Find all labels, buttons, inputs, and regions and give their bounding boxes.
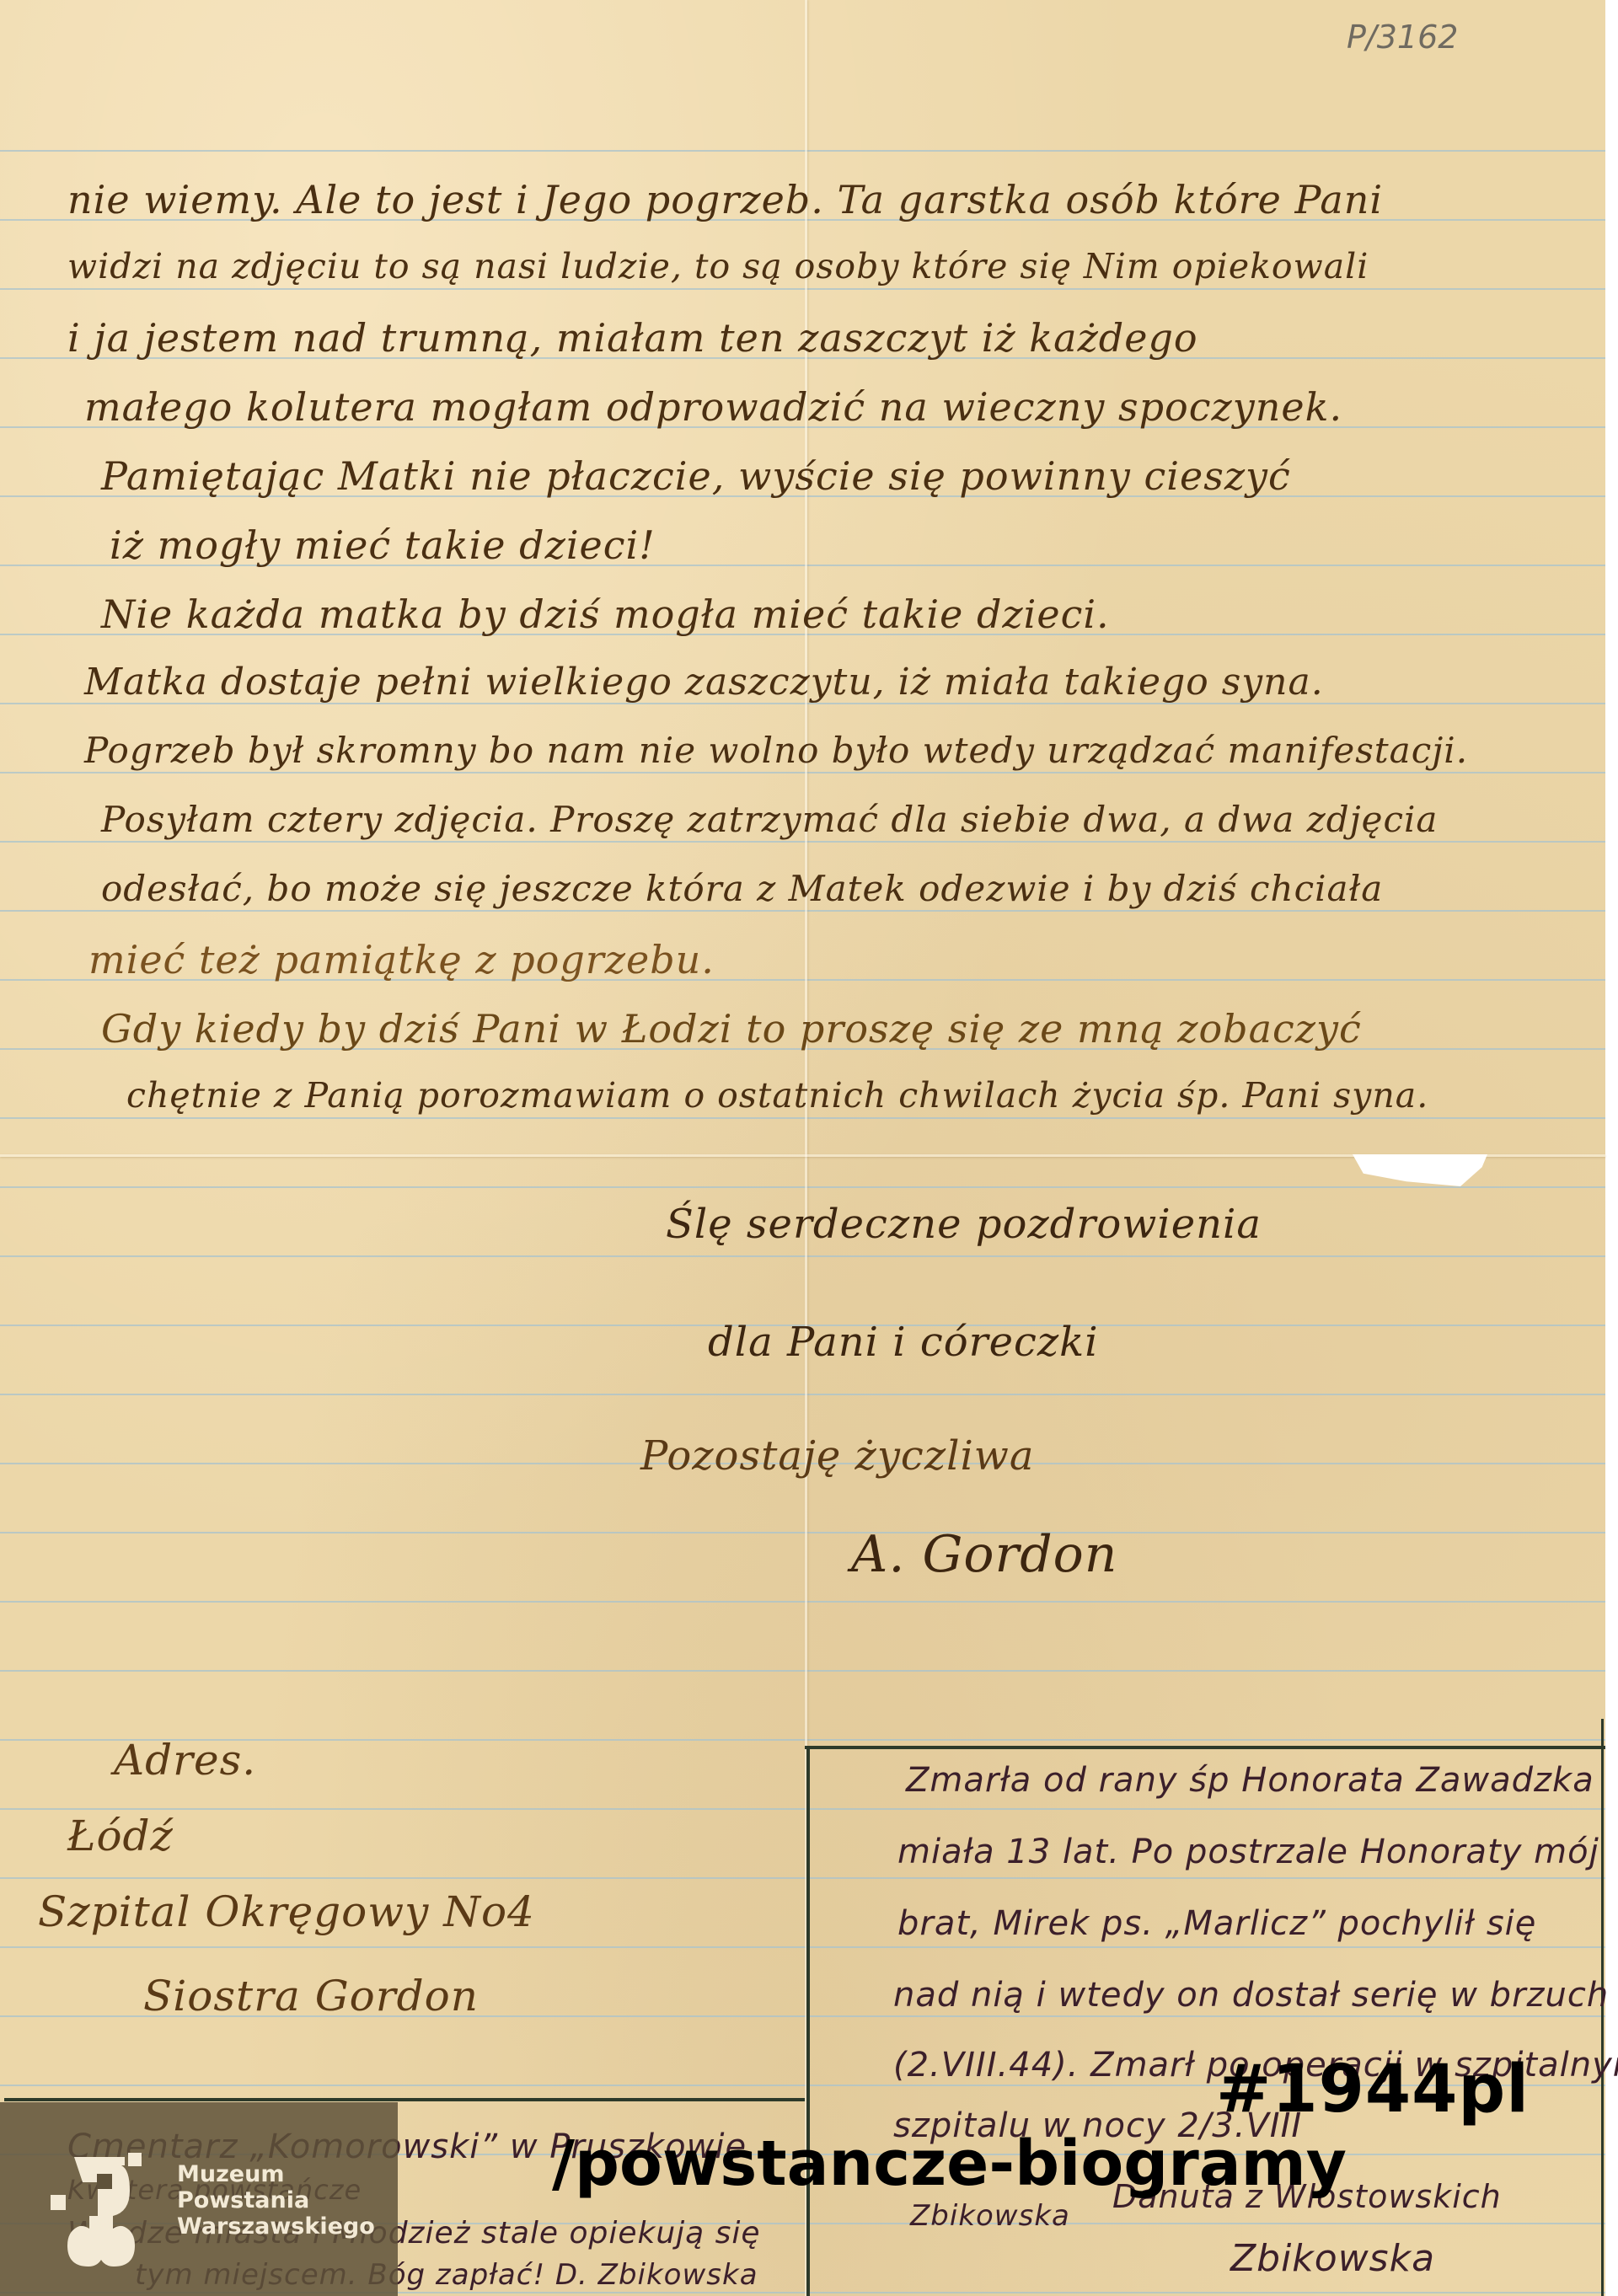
hashtag-label: #1944pl [1216, 2052, 1530, 2127]
closing-recipient: dla Pani i córeczki [708, 1319, 1099, 1366]
address-name: Siostra Gordon [143, 1972, 479, 2020]
letter-line: Matka dostaje pełni wielkiego zaszczytu,… [84, 661, 1324, 704]
letter-line: Pamiętając Matki nie płaczcie, wyście si… [101, 453, 1291, 499]
catalog-number: P/3162 [1347, 19, 1458, 56]
letter-line: widzi na zdjęciu to są nasi ludzie, to s… [67, 246, 1369, 286]
letter-line: iż mogły mieć takie dzieci! [110, 522, 656, 568]
paper-tear [1353, 1154, 1487, 1186]
box-left-line [806, 1746, 810, 2296]
letter-line: małego kolutera mogłam odprowadzić na wi… [84, 384, 1342, 430]
note-line: brat, Mirek ps. „Marlicz” pochylił się [897, 1904, 1536, 1943]
letter-line: Nie każda matka by dziś mogła mieć takie… [101, 591, 1110, 637]
letter-line: Gdy kiedy by dziś Pani w Łodzi to proszę… [101, 1006, 1362, 1052]
museum-name-line: Powstania [177, 2187, 375, 2213]
address-city: Łódź [67, 1812, 174, 1860]
letter-line: chętnie z Panią porozmawiam o ostatnich … [126, 1075, 1428, 1116]
address-institution: Szpital Okręgowy No4 [38, 1887, 535, 1936]
letter-line: mieć też pamiątkę z pogrzebu. [88, 937, 715, 982]
museum-name-line: Muzeum [177, 2161, 375, 2187]
closing-greeting: Ślę serdeczne pozdrowienia [666, 1201, 1262, 1248]
note-line: Zmarła od rany śp Honorata Zawadzka [906, 1761, 1594, 1800]
anchor-logo-icon [51, 2153, 152, 2267]
address-label: Adres. [114, 1736, 256, 1785]
letter-line: odesłać, bo może się jeszcze która z Mat… [101, 868, 1383, 909]
letter-line: i ja jestem nad trumną, miałam ten zaszc… [67, 315, 1198, 361]
museum-name-line: Warszawskiego [177, 2213, 375, 2240]
note-signature: Zbikowska [1230, 2237, 1435, 2280]
closing-farewell: Pozostaję życzliwa [640, 1432, 1035, 1480]
signature: A. Gordon [851, 1525, 1117, 1584]
note-line: nad nią i wtedy on dostał serię w brzuch [893, 1976, 1609, 2015]
note-line: miała 13 lat. Po postrzale Honoraty mój [897, 1833, 1599, 1871]
museum-name: Muzeum Powstania Warszawskiego [177, 2161, 375, 2240]
letter-line: nie wiemy. Ale to jest i Jego pogrzeb. T… [67, 177, 1383, 222]
box-top-line [805, 1746, 1605, 1749]
box-bottom-left-line [4, 2098, 805, 2101]
letter-line: Pogrzeb był skromny bo nam nie wolno był… [84, 730, 1468, 771]
biography-slug-label: /powstancze-biogramy [552, 2127, 1347, 2200]
note-signature: Zbikowska [910, 2199, 1070, 2233]
letter-line: Posyłam cztery zdjęcia. Proszę zatrzymać… [101, 799, 1438, 840]
